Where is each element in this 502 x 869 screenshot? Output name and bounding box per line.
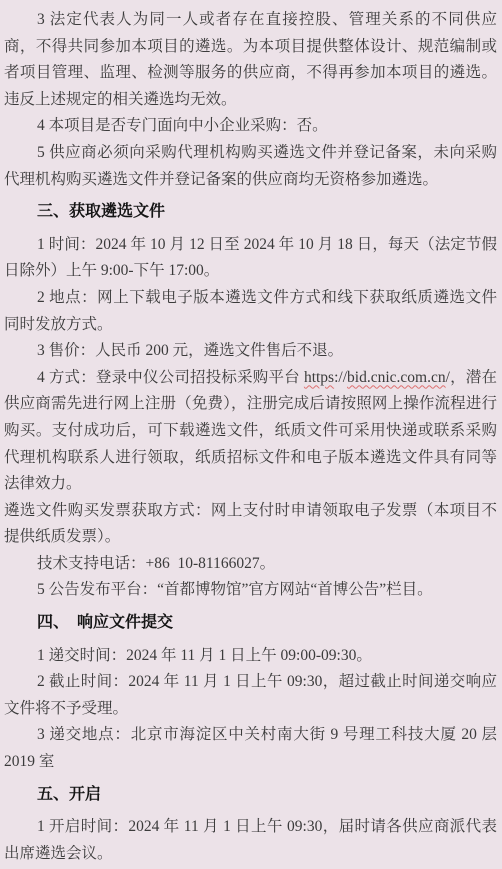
paragraph-purchase-registration: 5 供应商必须向采购代理机构购买遴选文件并登记备案，未向采购代理机构购买遴选文件… bbox=[4, 140, 497, 193]
paragraph-obtain-place: 2 地点：网上下载电子版本遴选文件方式和线下获取纸质遴选文件同时发放方式。 bbox=[4, 285, 497, 338]
url-host: bid.cnic.com.cn bbox=[347, 369, 446, 386]
paragraph-obtain-method: 4 方式：登录中仪公司招投标采购平台 https://bid.cnic.com.… bbox=[4, 365, 497, 498]
paragraph-submission-deadline: 2 截止时间：2024 年 11 月 1 日上午 09:30，超过截止时间递交响… bbox=[4, 669, 497, 722]
paragraph-announcement-platform: 5 公告发布平台：“首都博物馆”官方网站“首博公告”栏目。 bbox=[4, 577, 497, 604]
section-heading-opening: 五、开启 bbox=[4, 782, 497, 809]
paragraph-submission-time: 1 递交时间：2024 年 11 月 1 日上午 09:00-09:30。 bbox=[4, 643, 497, 670]
paragraph-invoice: 遴选文件购买发票获取方式：网上支付时申请领取电子发票（本项目不提供纸质发票）。 bbox=[4, 498, 497, 551]
paragraph-support-phone: 技术支持电话：+86 10-81166027。 bbox=[4, 551, 497, 578]
method-text-before: 4 方式：登录中仪公司招投标采购平台 bbox=[37, 369, 304, 386]
section-heading-obtain-documents: 三、获取遴选文件 bbox=[4, 199, 497, 226]
paragraph-sme-procurement: 4 本项目是否专门面向中小企业采购：否。 bbox=[4, 113, 497, 140]
method-text-after: ，潜在供应商需先进行网上注册（免费），注册完成后请按照网上操作流程进行购买。支付… bbox=[4, 369, 497, 492]
procurement-notice-document: 3 法定代表人为同一人或者存在直接控股、管理关系的不同供应商，不得共同参加本项目… bbox=[4, 7, 497, 867]
url-separator: :// bbox=[334, 369, 347, 386]
paragraph-obtain-time: 1 时间：2024 年 10 月 12 日至 2024 年 10 月 18 日，… bbox=[4, 232, 497, 285]
section-heading-response-submission: 四、 响应文件提交 bbox=[4, 610, 497, 637]
paragraph-opening-time: 1 开启时间：2024 年 11 月 1 日上午 09:30，届时请各供应商派代… bbox=[4, 814, 497, 867]
paragraph-submission-address: 3 递交地点：北京市海淀区中关村南大街 9 号理工科技大厦 20 层 2019 … bbox=[4, 722, 497, 775]
url-scheme: https bbox=[304, 369, 334, 386]
document-page: { "page": { "background_color": "#ece2e8… bbox=[0, 0, 502, 869]
paragraph-legal-representative: 3 法定代表人为同一人或者存在直接控股、管理关系的不同供应商，不得共同参加本项目… bbox=[4, 7, 497, 113]
paragraph-obtain-price: 3 售价：人民币 200 元，遴选文件售后不退。 bbox=[4, 338, 497, 365]
